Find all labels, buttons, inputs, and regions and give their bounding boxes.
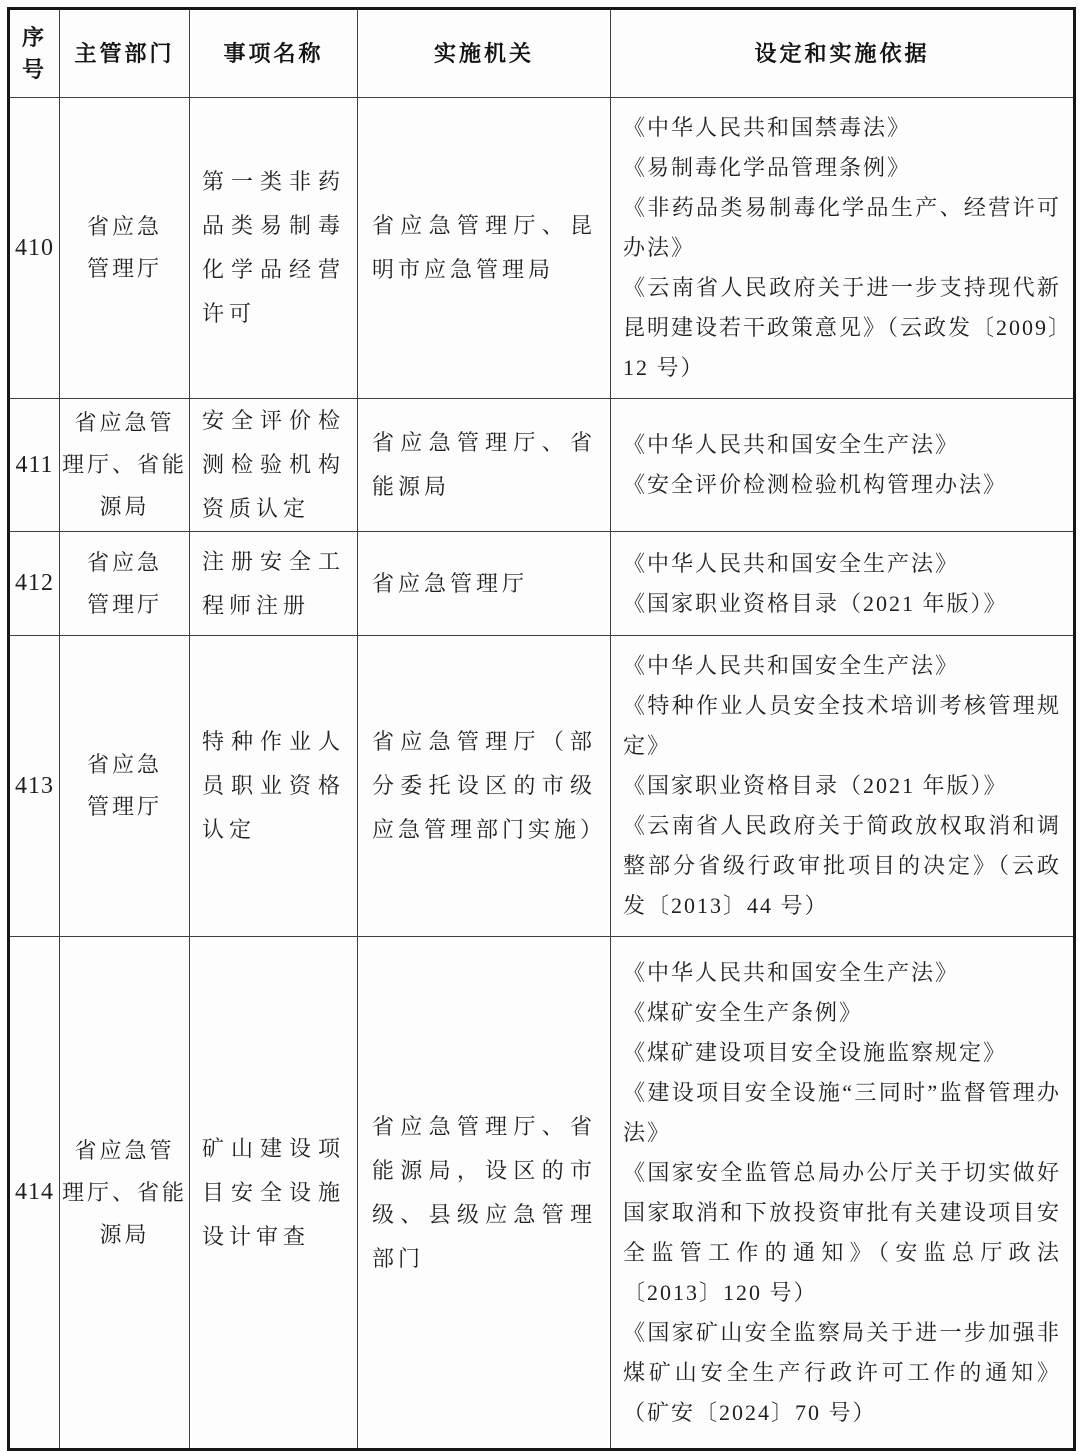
basis-entry: 《云南省人民政府关于进一步支持现代新昆明建设若干政策意见》（云政发〔2009〕1…: [623, 268, 1061, 388]
basis-entry: 《煤矿安全生产条例》: [623, 993, 1061, 1033]
cell-department: 省应急管 理厅、省能 源局: [60, 399, 190, 532]
basis-entry: 《中华人民共和国禁毒法》: [623, 108, 1061, 148]
cell-item-name: 安全评价检测检验机构资质认定: [190, 399, 358, 532]
basis-entry: 《中华人民共和国安全生产法》: [623, 425, 1061, 465]
cell-department: 省应急 管理厅: [60, 532, 190, 636]
table-row: 410 省应急 管理厅 第一类非药品类易制毒化学品经营许可 省应急管理厅、昆明市…: [9, 98, 1075, 399]
cell-implementing-agency: 省应急管理厅: [358, 532, 611, 636]
basis-entry: 《中华人民共和国安全生产法》: [623, 953, 1061, 993]
cell-legal-basis: 《中华人民共和国安全生产法》 《安全评价检测检验机构管理办法》: [611, 399, 1075, 532]
cell-department: 省应急 管理厅: [60, 636, 190, 937]
cell-serial-number: 413: [9, 636, 60, 937]
cell-serial-number: 411: [9, 399, 60, 532]
cell-implementing-agency: 省应急管理厅、昆明市应急管理局: [358, 98, 611, 399]
cell-item-name: 第一类非药品类易制毒化学品经营许可: [190, 98, 358, 399]
cell-department: 省应急 管理厅: [60, 98, 190, 399]
cell-department: 省应急管 理厅、省能 源局: [60, 937, 190, 1450]
cell-legal-basis: 《中华人民共和国禁毒法》 《易制毒化学品管理条例》 《非药品类易制毒化学品生产、…: [611, 98, 1075, 399]
cell-item-name: 注册安全工程师注册: [190, 532, 358, 636]
basis-entry: 《中华人民共和国安全生产法》: [623, 544, 1061, 584]
basis-entry: 《云南省人民政府关于简政放权取消和调整部分省级行政审批项目的决定》（云政发〔20…: [623, 806, 1061, 926]
cell-item-name: 矿山建设项目安全设施设计审查: [190, 937, 358, 1450]
table-row: 414 省应急管 理厅、省能 源局 矿山建设项目安全设施设计审查 省应急管理厅、…: [9, 937, 1075, 1450]
cell-legal-basis: 《中华人民共和国安全生产法》 《煤矿安全生产条例》 《煤矿建设项目安全设施监察规…: [611, 937, 1075, 1450]
header-department: 主管部门: [60, 9, 190, 98]
cell-serial-number: 410: [9, 98, 60, 399]
basis-entry: 《安全评价检测检验机构管理办法》: [623, 465, 1061, 505]
cell-serial-number: 412: [9, 532, 60, 636]
header-serial-number: 序 号: [9, 9, 60, 98]
header-item-name: 事项名称: [190, 9, 358, 98]
table-row: 412 省应急 管理厅 注册安全工程师注册 省应急管理厅 《中华人民共和国安全生…: [9, 532, 1075, 636]
basis-entry: 《煤矿建设项目安全设施监察规定》: [623, 1033, 1061, 1073]
header-implementing-agency: 实施机关: [358, 9, 611, 98]
cell-implementing-agency: 省应急管理厅（部分委托设区的市级应急管理部门实施）: [358, 636, 611, 937]
header-legal-basis: 设定和实施依据: [611, 9, 1075, 98]
basis-entry: 《国家职业资格目录（2021 年版）》: [623, 766, 1061, 806]
basis-entry: 《国家安全监管总局办公厅关于切实做好国家取消和下放投资审批有关建设项目安全监管工…: [623, 1153, 1061, 1313]
basis-entry: 《易制毒化学品管理条例》: [623, 148, 1061, 188]
basis-entry: 《非药品类易制毒化学品生产、经营许可办法》: [623, 188, 1061, 268]
table-row: 413 省应急 管理厅 特种作业人员职业资格认定 省应急管理厅（部分委托设区的市…: [9, 636, 1075, 937]
cell-legal-basis: 《中华人民共和国安全生产法》 《国家职业资格目录（2021 年版）》: [611, 532, 1075, 636]
cell-legal-basis: 《中华人民共和国安全生产法》 《特种作业人员安全技术培训考核管理规定》 《国家职…: [611, 636, 1075, 937]
document-page: 序 号 主管部门 事项名称 实施机关 设定和实施依据 410 省应急 管理厅 第…: [0, 0, 1080, 1409]
cell-implementing-agency: 省应急管理厅、省能源局，设区的市级、县级应急管理部门: [358, 937, 611, 1450]
basis-entry: 《建设项目安全设施“三同时”监督管理办法》: [623, 1073, 1061, 1153]
basis-entry: 《中华人民共和国安全生产法》: [623, 646, 1061, 686]
table-header-row: 序 号 主管部门 事项名称 实施机关 设定和实施依据: [9, 9, 1075, 98]
basis-entry: 《国家矿山安全监察局关于进一步加强非煤矿山安全生产行政许可工作的通知》（矿安〔2…: [623, 1313, 1061, 1433]
cell-implementing-agency: 省应急管理厅、省能源局: [358, 399, 611, 532]
approval-items-table: 序 号 主管部门 事项名称 实施机关 设定和实施依据 410 省应急 管理厅 第…: [7, 7, 1076, 1451]
cell-serial-number: 414: [9, 937, 60, 1450]
table-row: 411 省应急管 理厅、省能 源局 安全评价检测检验机构资质认定 省应急管理厅、…: [9, 399, 1075, 532]
basis-entry: 《国家职业资格目录（2021 年版）》: [623, 584, 1061, 624]
basis-entry: 《特种作业人员安全技术培训考核管理规定》: [623, 686, 1061, 766]
cell-item-name: 特种作业人员职业资格认定: [190, 636, 358, 937]
